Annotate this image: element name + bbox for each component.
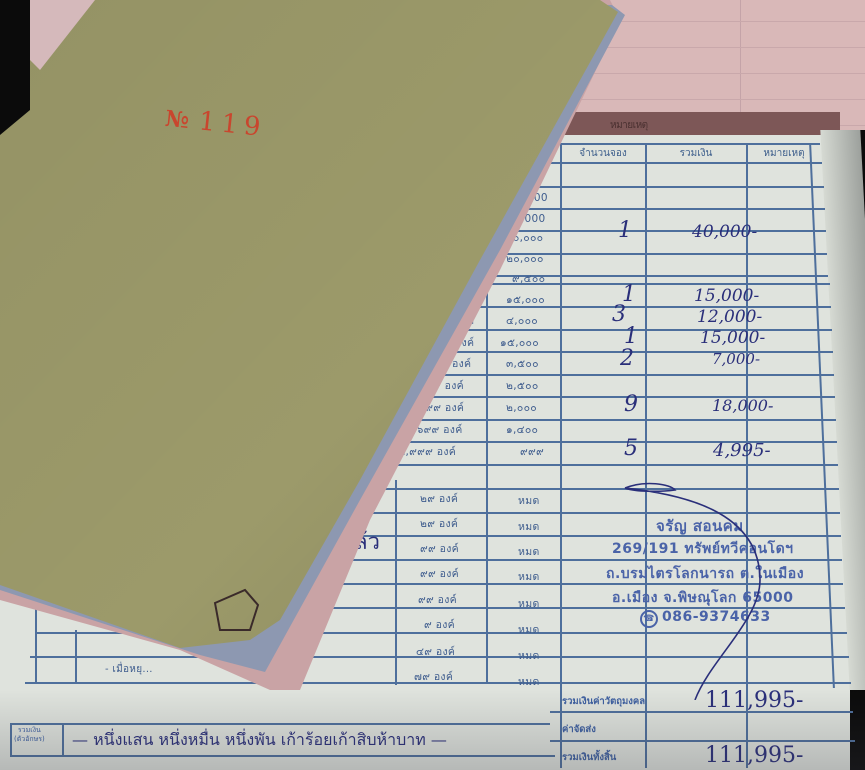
receipt-book-cover — [0, 0, 865, 770]
photo-scene: หมายเหตุ — [0, 0, 865, 770]
